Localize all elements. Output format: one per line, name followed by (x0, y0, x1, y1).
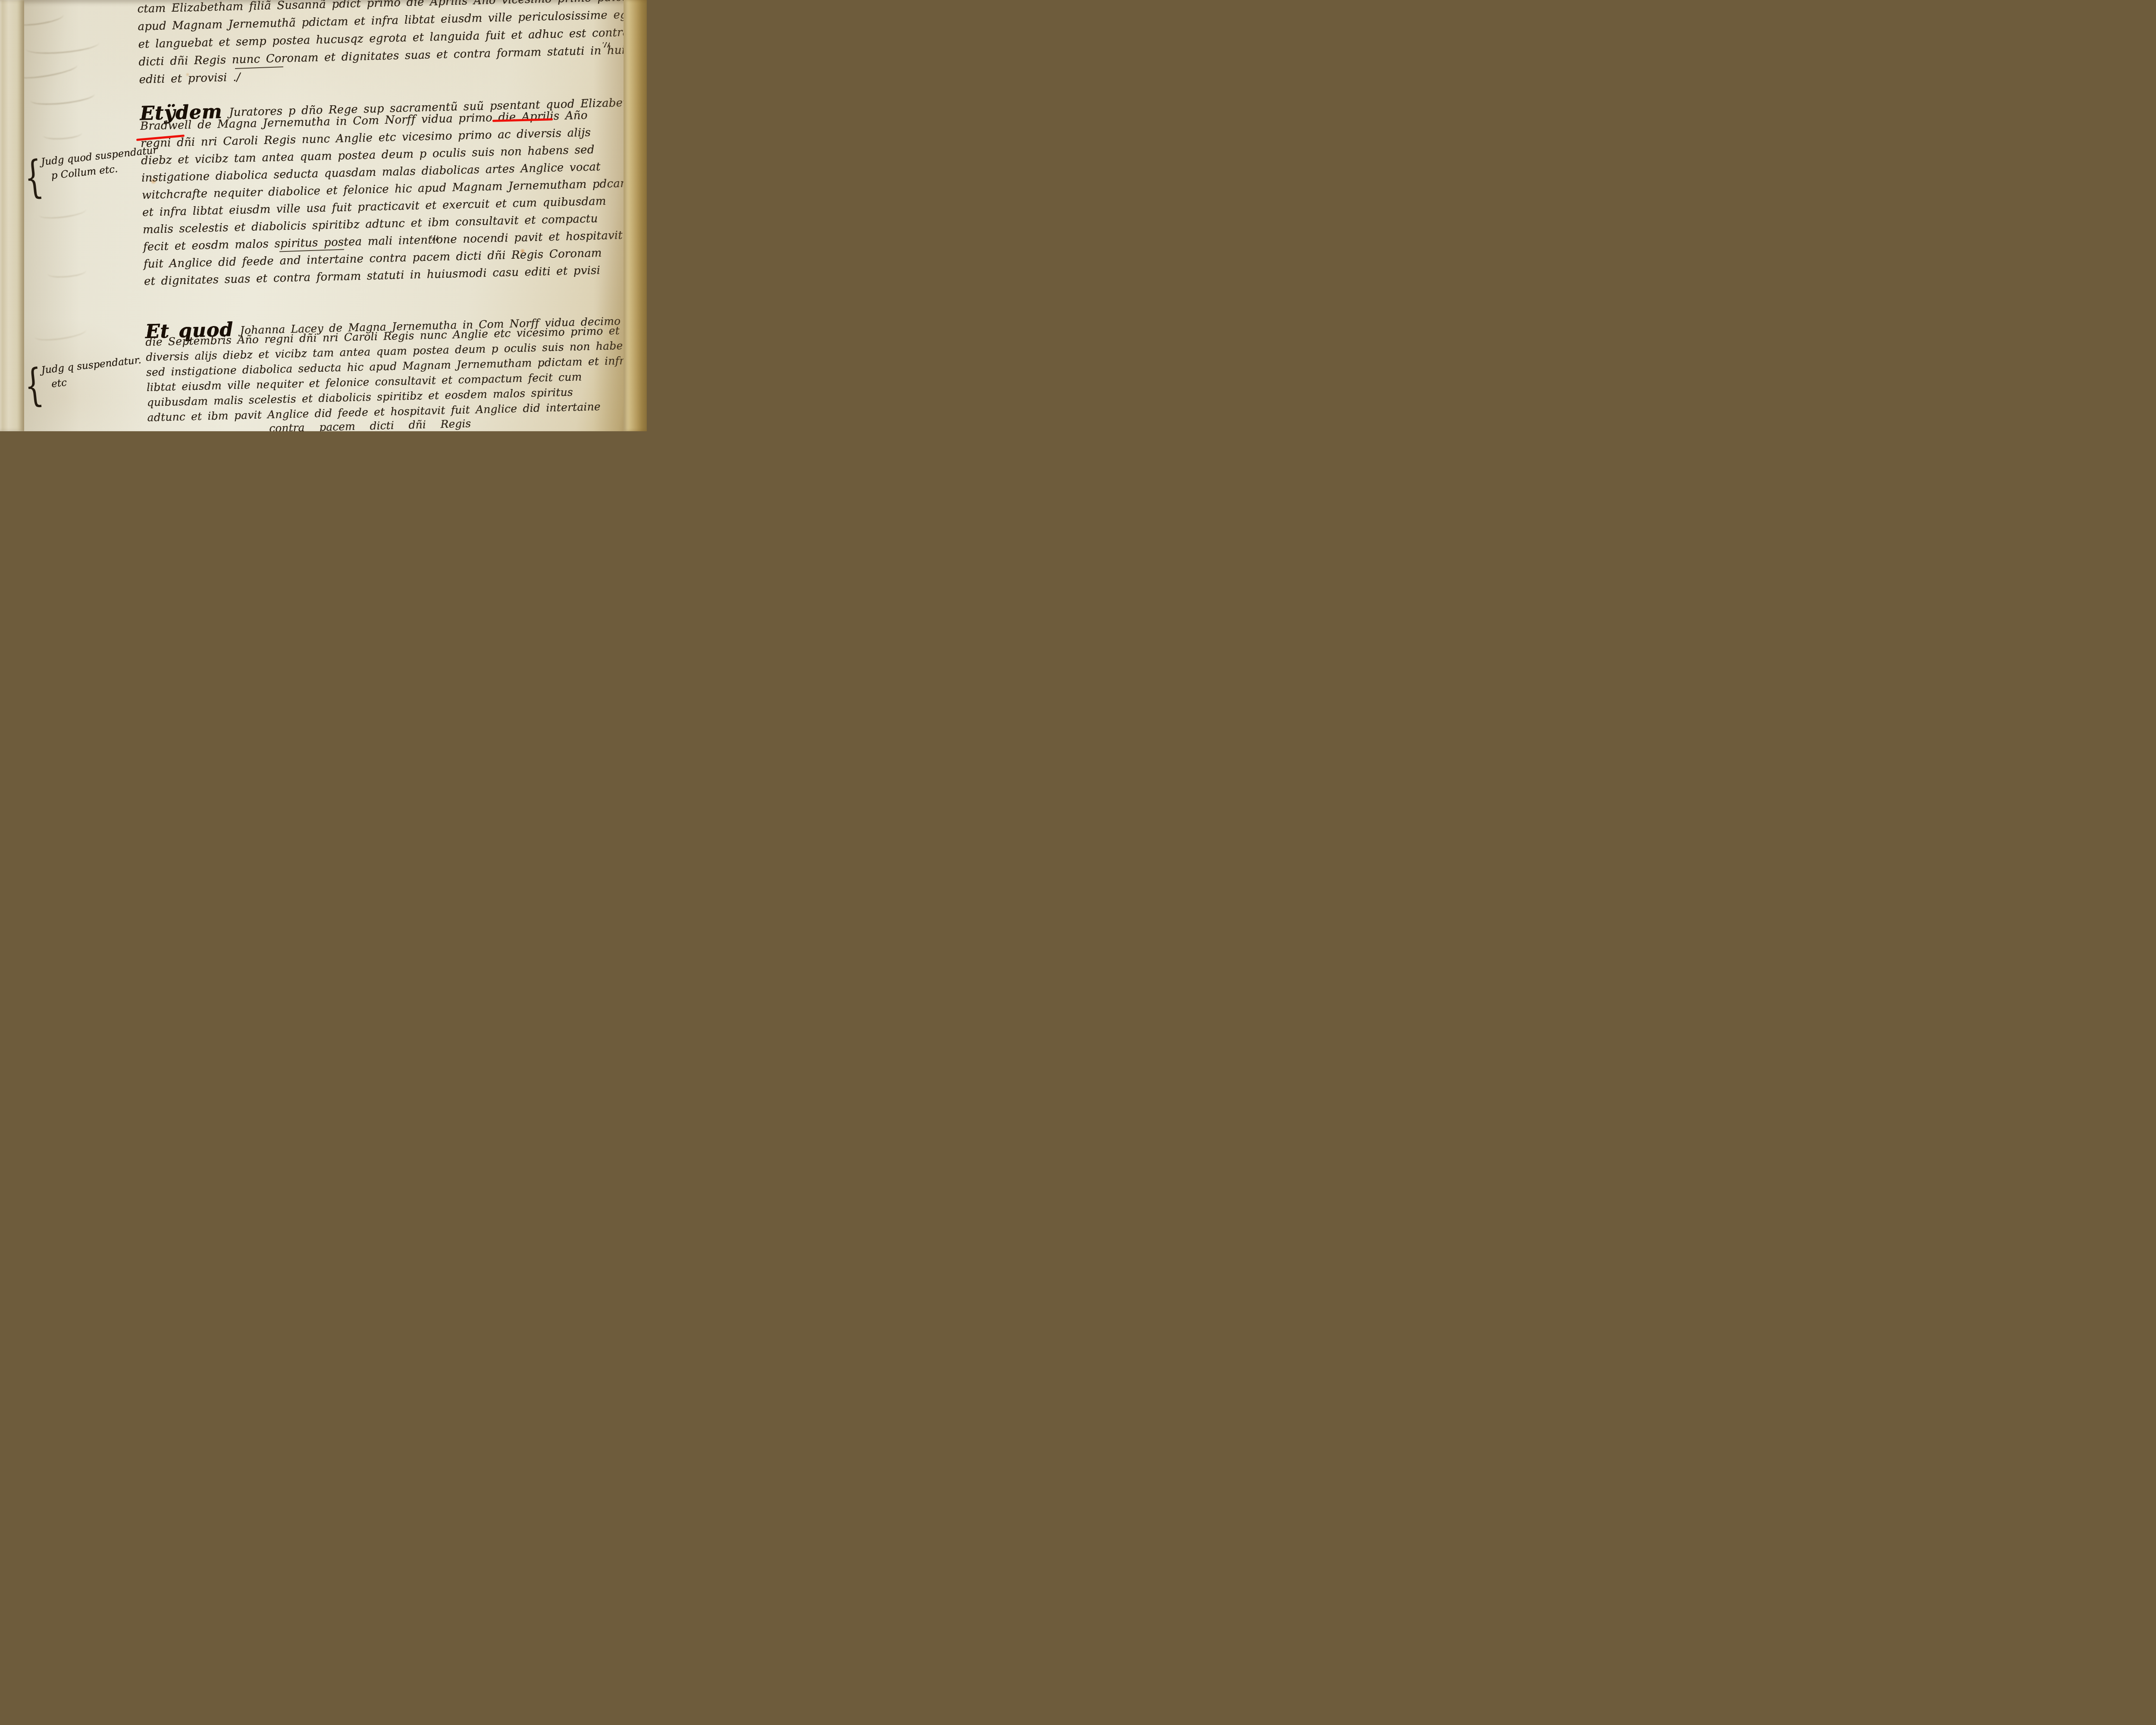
paragraph-lines: die Septembris Año regni dñi nri Caroli … (145, 323, 647, 427)
insertion-mark (431, 235, 438, 241)
book-fore-edge (624, 0, 647, 431)
adjacent-page-edge (0, 0, 24, 431)
manuscript-page: ctam Elizabetham filiã Susannã pdict pri… (0, 0, 647, 431)
page-curve-shadow (593, 0, 624, 431)
paragraph-previous-count-end: ctam Elizabetham filiã Susannã pdict pri… (137, 0, 647, 91)
margin-note-line: etc (51, 377, 67, 390)
paragraph-lacey-count: Et quodJohanna Lacey de Magna Jernemutha… (145, 308, 647, 427)
margin-note-line: p Collum etc. (50, 163, 118, 182)
paragraph-bradwell-count: EtÿdemJuratores p dño Rege sup sacrament… (140, 90, 647, 292)
paragraph-lines: ctam Elizabetham filiã Susannã pdict pri… (137, 0, 647, 91)
paragraph-lines: Bradwell de Magna Jernemutha in Com Norf… (140, 107, 647, 292)
